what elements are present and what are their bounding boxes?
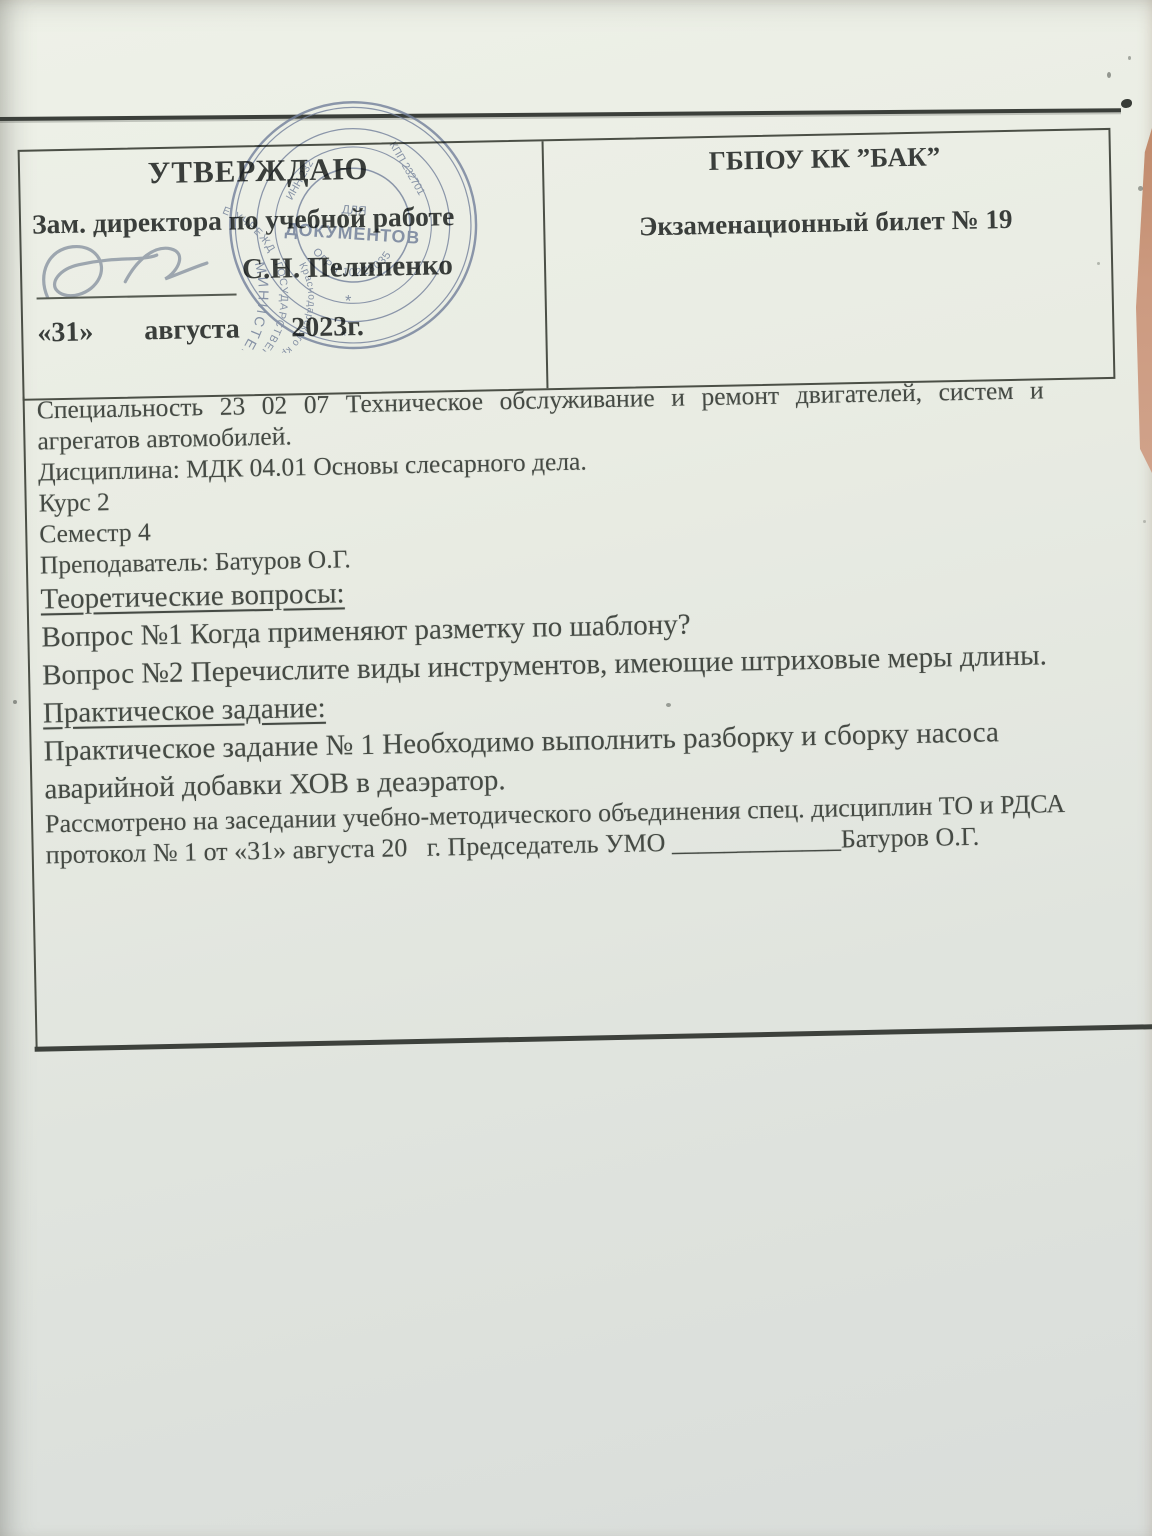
- stamp-kpp-text: КПП 232701: [387, 140, 428, 198]
- header-table: УТВЕРЖДАЮ Зам. директора по учебной рабо…: [18, 128, 1116, 401]
- dust-speck: [1128, 56, 1131, 60]
- dust-speck: [1143, 520, 1146, 523]
- date-day: «31»: [37, 316, 94, 349]
- dust-speck: [1107, 72, 1111, 78]
- dust-speck: [1097, 262, 1100, 265]
- left-border-rule: [23, 397, 38, 1049]
- dust-speck: [666, 703, 671, 707]
- dust-speck: [13, 700, 17, 704]
- stamp-center-top-text: ДЛЯ: [341, 202, 367, 218]
- institution-cell: ГБПОУ КК ”БАК” Экзаменационный билет № 1…: [544, 130, 1110, 388]
- bottom-border-rule: [35, 1024, 1152, 1052]
- stamp-star-inner: *: [344, 292, 352, 310]
- exam-ticket-document: УТВЕРЖДАЮ Зам. директора по учебной рабо…: [0, 0, 1152, 1536]
- institution-name: ГБПОУ КК ”БАК”: [544, 138, 1106, 180]
- dust-speck: [1138, 186, 1143, 191]
- round-stamp: МИНИСТЕРСТВО ОБРАЗОВАНИЯ И НАУКИ ГОСУДАР…: [213, 85, 494, 366]
- stamp-center-main-text: ДОКУМЕНТОВ: [284, 219, 420, 248]
- ticket-body: Специальность 23 02 07 Техническое обслу…: [37, 374, 1053, 870]
- ticket-title: Экзаменационный билет № 19: [545, 202, 1107, 244]
